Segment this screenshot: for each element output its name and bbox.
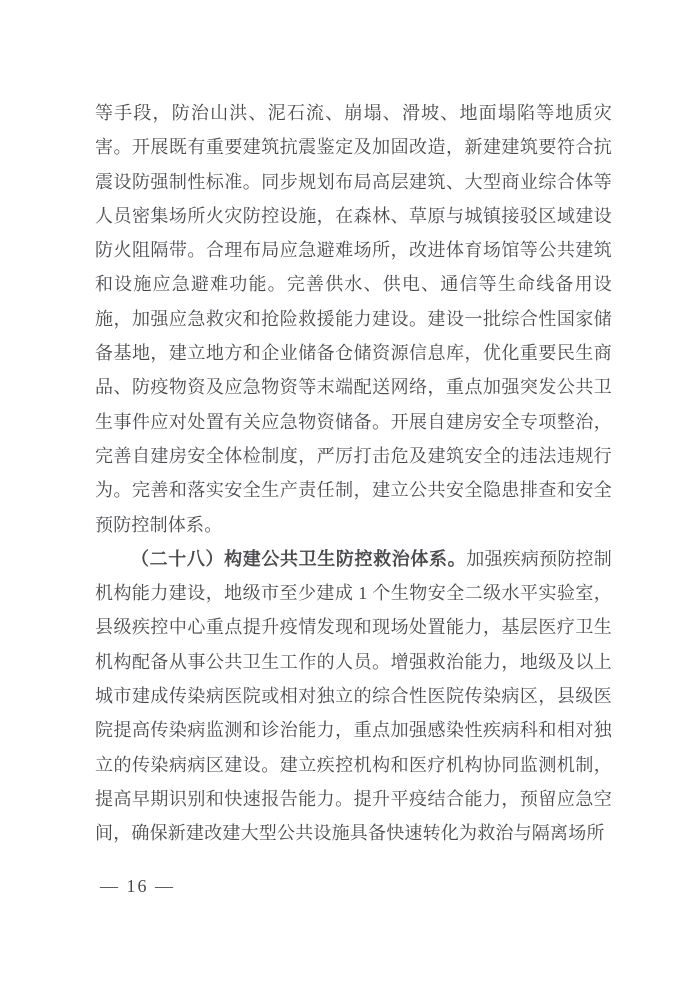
- page-number: — 16 —: [100, 876, 175, 896]
- page-body: 等手段，防治山洪、泥石流、崩塌、滑坡、地面塌陷等地质灾害。开展既有重要建筑抗震鉴…: [95, 96, 612, 851]
- document-page: 等手段，防治山洪、泥石流、崩塌、滑坡、地面塌陷等地质灾害。开展既有重要建筑抗震鉴…: [0, 0, 700, 989]
- page-footer: — 16 —: [100, 872, 175, 900]
- paragraph-section-28: （二十八）构建公共卫生防控救治体系。加强疾病预防控制机构能力建设，地级市至少建成…: [95, 542, 612, 851]
- paragraph-text: 加强疾病预防控制机构能力建设，地级市至少建成 1 个生物安全二级水平实验室，县级…: [95, 549, 612, 843]
- paragraph-text: 等手段，防治山洪、泥石流、崩塌、滑坡、地面塌陷等地质灾害。开展既有重要建筑抗震鉴…: [95, 103, 612, 535]
- paragraph-continuation: 等手段，防治山洪、泥石流、崩塌、滑坡、地面塌陷等地质灾害。开展既有重要建筑抗震鉴…: [95, 96, 612, 542]
- section-heading: （二十八）构建公共卫生防控救治体系。: [131, 549, 466, 569]
